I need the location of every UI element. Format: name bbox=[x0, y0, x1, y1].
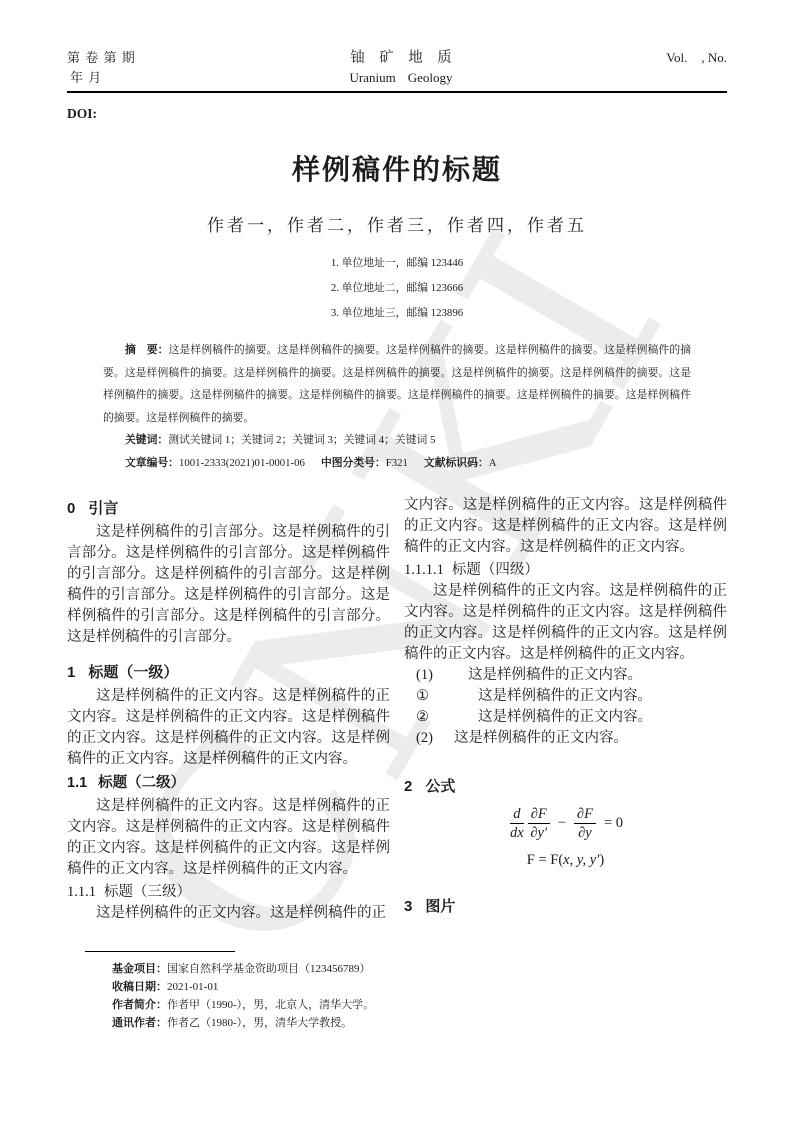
section-heading-1-1-1-1: 1.1.1.1标题（四级） bbox=[404, 560, 727, 581]
right-column: 文内容。这是样例稿件的正文内容。这是样例稿件的正文内容。这是样例稿件的正文内容。… bbox=[404, 495, 727, 924]
header-vol-no: Vol., No. bbox=[666, 48, 727, 68]
footnote-block: 基金项目：国家自然科学基金资助项目（123456789） 收稿日期：2021-0… bbox=[67, 951, 402, 1032]
page-content: 第 卷 第 期 年 月 铀 矿 地 质 UraniumGeology Vol.,… bbox=[0, 0, 794, 924]
footnote-text: 2021-01-01 bbox=[167, 981, 218, 993]
article-no: 1001-2333(2021)01-0001-06 bbox=[179, 457, 305, 469]
article-no-label: 文章编号： bbox=[125, 457, 179, 469]
section-heading-intro: 0引言 bbox=[67, 498, 390, 519]
equals-zero: = 0 bbox=[604, 813, 623, 834]
section-heading-3: 3图片 bbox=[404, 896, 727, 917]
fraction-dF-dy: ∂F∂y bbox=[574, 806, 596, 841]
footnote-label: 收稿日期： bbox=[112, 981, 167, 993]
list-item: (2)这是样例稿件的正文内容。 bbox=[404, 728, 727, 749]
section-heading-2: 2公式 bbox=[404, 776, 727, 797]
list-item: ②这是样例稿件的正文内容。 bbox=[404, 707, 727, 728]
equation-block: ddx ∂F∂y′ − ∂F∂y = 0 F = F(x, y, y′) bbox=[404, 806, 727, 871]
section-title: 引言 bbox=[88, 500, 118, 517]
abstract-block: 摘 要：这是样例稿件的摘要。这是样例稿件的摘要。这是样例稿件的摘要。这是样例稿件… bbox=[103, 339, 691, 474]
journal-name: 铀 矿 地 质 UraniumGeology bbox=[350, 48, 453, 88]
journal-name-cn: 铀 矿 地 质 bbox=[350, 48, 453, 68]
keywords-label: 关键词： bbox=[125, 434, 168, 446]
minus-operator: − bbox=[558, 813, 566, 834]
doi-label: DOI: bbox=[67, 106, 727, 122]
affiliations: 1. 单位地址一，邮编 123446 2. 单位地址二，邮编 123666 3.… bbox=[67, 251, 727, 326]
list-marker: ② bbox=[416, 707, 478, 728]
doc-code-value: A bbox=[489, 457, 497, 469]
journal-en-word1: Uranium bbox=[350, 70, 396, 85]
issue-volume-line: 第 卷 第 期 bbox=[67, 48, 136, 68]
list-marker: (1) bbox=[416, 665, 468, 686]
list-item: ①这是样例稿件的正文内容。 bbox=[404, 686, 727, 707]
journal-name-en: UraniumGeology bbox=[350, 68, 453, 88]
keywords-line: 关键词：测试关键词 1；关键词 2；关键词 3；关键词 4；关键词 5 bbox=[103, 429, 691, 452]
functional-definition-equation: F = F(x, y, y′) bbox=[404, 850, 727, 871]
fraction-denominator: dx bbox=[510, 824, 524, 841]
section-title: 标题（三级） bbox=[104, 884, 191, 900]
list-text: 这是样例稿件的正文内容。 bbox=[468, 667, 642, 683]
section-1-1-1-1-paragraph: 这是样例稿件的正文内容。这是样例稿件的正文内容。这是样例稿件的正文内容。这是样例… bbox=[404, 581, 727, 665]
keywords-text: 测试关键词 1；关键词 2；关键词 3；关键词 4；关键词 5 bbox=[168, 434, 435, 446]
manuscript-page: CNKI 第 卷 第 期 年 月 铀 矿 地 质 UraniumGeology … bbox=[0, 0, 794, 1123]
vol-label: Vol. bbox=[666, 50, 687, 65]
fraction-numerator: ∂F bbox=[528, 806, 550, 824]
list-marker: ① bbox=[416, 686, 478, 707]
left-column: 0引言 这是样例稿件的引言部分。这是样例稿件的引言部分。这是样例稿件的引言部分。… bbox=[67, 495, 390, 924]
footnote-text: 国家自然科学基金资助项目（123456789） bbox=[167, 963, 371, 975]
footnote-fund: 基金项目：国家自然科学基金资助项目（123456789） bbox=[67, 960, 402, 978]
footnote-rule bbox=[85, 951, 235, 952]
header-issue: 第 卷 第 期 年 月 bbox=[67, 48, 136, 88]
article-meta-line: 文章编号：1001-2333(2021)01-0001-06中图分类号：F321… bbox=[103, 452, 691, 475]
footnote-label: 通讯作者： bbox=[112, 1017, 167, 1029]
footnote-text: 作者乙（1980-），男，清华大学教授。 bbox=[167, 1017, 352, 1029]
intro-paragraph: 这是样例稿件的引言部分。这是样例稿件的引言部分。这是样例稿件的引言部分。这是样例… bbox=[67, 522, 390, 648]
doc-code-label: 文献标识码： bbox=[424, 457, 489, 469]
list-text: 这是样例稿件的正文内容。 bbox=[478, 688, 652, 704]
section-heading-1-1-1: 1.1.1标题（三级） bbox=[67, 882, 390, 903]
section-number: 0 bbox=[67, 500, 75, 517]
section-number: 1.1.1.1 bbox=[404, 562, 444, 578]
equation-text: ) bbox=[599, 852, 604, 868]
abstract-paragraph: 摘 要：这是样例稿件的摘要。这是样例稿件的摘要。这是样例稿件的摘要。这是样例稿件… bbox=[103, 339, 691, 429]
fraction-d-dx: ddx bbox=[510, 806, 524, 841]
fraction-denominator: ∂y bbox=[574, 824, 596, 841]
author-list: 作者一，作者二，作者三，作者四，作者五 bbox=[67, 211, 727, 236]
body-columns: 0引言 这是样例稿件的引言部分。这是样例稿件的引言部分。这是样例稿件的引言部分。… bbox=[67, 495, 727, 924]
fraction-dF-dyprime: ∂F∂y′ bbox=[528, 806, 550, 841]
section-1-1-1-paragraph-continued: 文内容。这是样例稿件的正文内容。这是样例稿件的正文内容。这是样例稿件的正文内容。… bbox=[404, 495, 727, 558]
section-title: 图片 bbox=[425, 898, 455, 915]
no-label: , No. bbox=[701, 50, 727, 65]
section-number: 3 bbox=[404, 898, 412, 915]
list-text: 这是样例稿件的正文内容。 bbox=[454, 730, 628, 746]
footnote-label: 作者简介： bbox=[112, 999, 167, 1011]
abstract-label: 摘 要： bbox=[125, 344, 169, 356]
section-title: 标题（二级） bbox=[98, 775, 185, 791]
affiliation-line: 1. 单位地址一，邮编 123446 bbox=[67, 251, 727, 276]
clc-label: 中图分类号： bbox=[321, 457, 386, 469]
affiliation-line: 2. 单位地址二，邮编 123666 bbox=[67, 276, 727, 301]
section-number: 2 bbox=[404, 778, 412, 795]
article-title: 样例稿件的标题 bbox=[67, 148, 727, 188]
footnote-author-bio: 作者简介：作者甲（1990-），男，北京人，清华大学。 bbox=[67, 996, 402, 1014]
section-1-1-paragraph: 这是样例稿件的正文内容。这是样例稿件的正文内容。这是样例稿件的正文内容。这是样例… bbox=[67, 796, 390, 880]
section-number: 1.1 bbox=[67, 775, 87, 791]
section-number: 1.1.1 bbox=[67, 884, 96, 900]
affiliation-line: 3. 单位地址三，邮编 123896 bbox=[67, 301, 727, 326]
fraction-numerator: d bbox=[510, 806, 524, 824]
section-1-1-1-paragraph-start: 这是样例稿件的正文内容。这是样例稿件的正 bbox=[67, 903, 390, 924]
list-marker: (2) bbox=[416, 728, 454, 749]
section-title: 标题（一级） bbox=[88, 664, 178, 681]
section-title: 标题（四级） bbox=[452, 562, 539, 578]
footnote-received-date: 收稿日期：2021-01-01 bbox=[67, 978, 402, 996]
issue-date-line: 年 月 bbox=[67, 68, 136, 88]
section-title: 公式 bbox=[425, 778, 455, 795]
list-item: (1)这是样例稿件的正文内容。 bbox=[404, 665, 727, 686]
section-1-paragraph: 这是样例稿件的正文内容。这是样例稿件的正文内容。这是样例稿件的正文内容。这是样例… bbox=[67, 686, 390, 770]
clc-value: F321 bbox=[386, 457, 408, 469]
equation-text: F = F( bbox=[527, 852, 563, 868]
equation-variables: x, y, y′ bbox=[563, 852, 599, 868]
section-number: 1 bbox=[67, 664, 75, 681]
list-text: 这是样例稿件的正文内容。 bbox=[478, 709, 652, 725]
footnote-label: 基金项目： bbox=[112, 963, 167, 975]
fraction-numerator: ∂F bbox=[574, 806, 596, 824]
section-heading-1: 1标题（一级） bbox=[67, 662, 390, 683]
footnote-text: 作者甲（1990-），男，北京人，清华大学。 bbox=[167, 999, 374, 1011]
section-heading-1-1: 1.1标题（二级） bbox=[67, 773, 390, 794]
fraction-denominator: ∂y′ bbox=[528, 824, 550, 841]
euler-lagrange-equation: ddx ∂F∂y′ − ∂F∂y = 0 bbox=[404, 806, 727, 841]
footnote-corresponding-author: 通讯作者：作者乙（1980-），男，清华大学教授。 bbox=[67, 1014, 402, 1032]
abstract-text: 这是样例稿件的摘要。这是样例稿件的摘要。这是样例稿件的摘要。这是样例稿件的摘要。… bbox=[103, 344, 691, 424]
journal-en-word2: Geology bbox=[408, 70, 453, 85]
journal-header: 第 卷 第 期 年 月 铀 矿 地 质 UraniumGeology Vol.,… bbox=[67, 48, 727, 93]
